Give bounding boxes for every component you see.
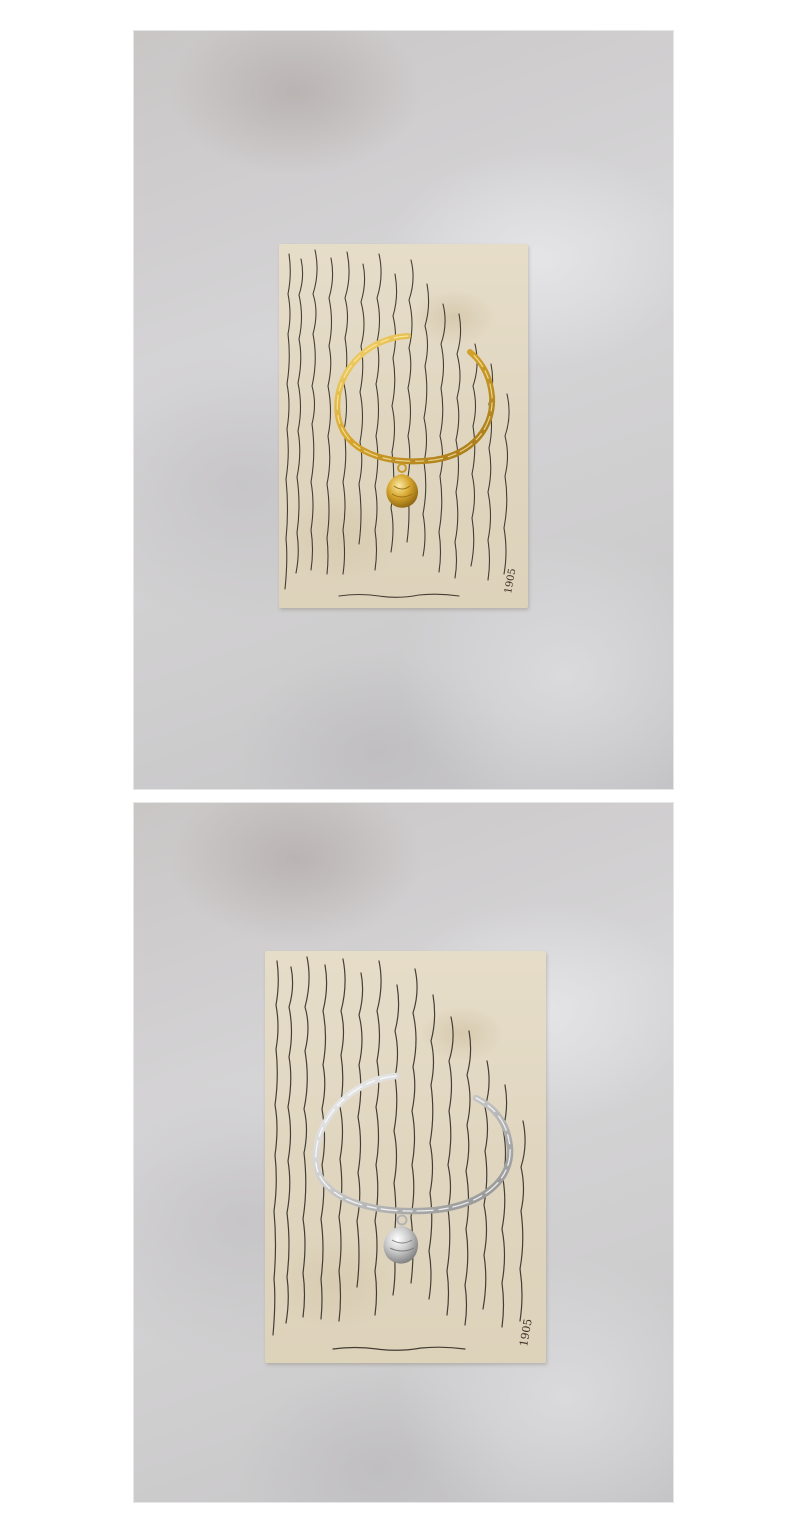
silver-cuff-bracelet bbox=[306, 1068, 526, 1268]
charm-jump-ring bbox=[398, 1216, 407, 1225]
charm-jump-ring bbox=[398, 464, 406, 472]
svg-text:1905: 1905 bbox=[517, 1318, 535, 1348]
flower-bud-charm bbox=[384, 1226, 418, 1264]
flower-bud-charm bbox=[386, 474, 418, 508]
product-photo-silver: 1905 bbox=[134, 803, 673, 1502]
product-photo-gold: 1905 bbox=[134, 31, 673, 789]
svg-text:1905: 1905 bbox=[503, 568, 518, 595]
gold-cuff-bracelet bbox=[324, 326, 504, 516]
